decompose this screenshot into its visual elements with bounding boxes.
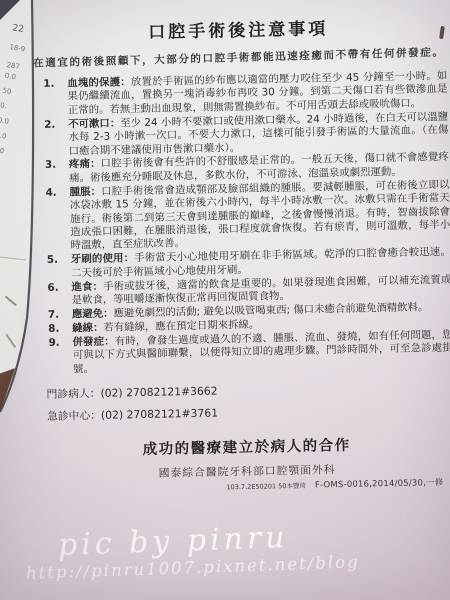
list-item: 9.併發症：有時，會發生過度或過久的不適、腫脹、流血、發燒，如有任何問題，您可與… <box>34 328 450 377</box>
footer-slogan: 成功的醫療建立於病人的合作 <box>36 432 450 461</box>
item-number: 5. <box>47 254 58 268</box>
item-lead: 腫脹： <box>69 186 101 199</box>
paper-fragment: 0.0 <box>0 131 28 145</box>
instruction-list: 1.血塊的保護：放置於手術區的紗布應以適當的壓力咬住至少 45 分鐘至一小時。如… <box>29 70 450 377</box>
item-number: 8. <box>48 322 59 336</box>
item-lead: 血塊的保護： <box>67 76 131 89</box>
form-print-code: 103.7.2E50201 50本豐琦 <box>226 481 306 492</box>
underlying-paper-rule <box>0 257 26 261</box>
paper-fragment: 0.0 <box>0 146 25 160</box>
item-lead: 應避免： <box>72 307 114 320</box>
underlying-paper-mark <box>5 296 17 306</box>
item-lead: 疼痛： <box>69 158 101 171</box>
item-text: 口腔手術後常會造成顎部及臉部組織的腫脹。要減輕腫脹，可在術後立即以冰袋冰敷 15… <box>70 179 450 252</box>
underlying-paper-mark <box>6 334 16 348</box>
contact-label: 門診病人： <box>46 387 100 401</box>
item-text: 若有縫線，應在預定日期來拆線。 <box>103 318 259 333</box>
item-text: 至少 24 小時不要漱口或使用漱口藥水。24 小時過後，在白天可以溫鹽水每 2-… <box>68 111 448 157</box>
paper-fragment: 0.0 <box>0 116 30 130</box>
document-subtitle: 在適宜的術後照顧下，大部分的口腔手術都能迅速痊癒而不帶有任何併發症。 <box>29 44 449 70</box>
item-number: 6. <box>47 281 58 295</box>
item-text: 有時，會發生過度或過久的不適、腫脹、流血、發燒，如有任何問題，您可與以下方式與醫… <box>73 328 450 374</box>
item-number: 2. <box>44 118 55 132</box>
contact-label: 急診中心： <box>47 409 101 423</box>
item-number: 4. <box>45 186 56 200</box>
photo-of-document: 22 18-9 287 0.0 50 0. 0.0 0.0 0.0 口腔手術後注… <box>0 0 450 600</box>
item-lead: 縫線： <box>72 322 103 335</box>
list-item: 4.腫脹：口腔手術後常會造成顎部及臉部組織的腫脹。要減輕腫脹，可在術後立即以冰袋… <box>31 179 450 254</box>
document-content: 口腔手術後注意事項 在適宜的術後照顧下，大部分的口腔手術都能迅速痊癒而不帶有任何… <box>28 12 450 496</box>
paper-fragment: 0. <box>0 101 32 115</box>
contact-numbers: 門診病人：(02) 27082121#3662 急診中心：(02) 270821… <box>35 376 450 428</box>
item-lead: 牙刷的使用： <box>71 252 135 265</box>
item-number: 7. <box>48 309 59 323</box>
item-lead: 進食： <box>71 280 103 293</box>
item-lead: 不可漱口： <box>68 117 120 130</box>
item-lead: 併發症： <box>72 335 114 348</box>
item-number: 3. <box>45 159 56 173</box>
contact-phone: (02) 27082121#3761 <box>101 406 218 421</box>
item-number: 9. <box>48 336 59 350</box>
item-number: 1. <box>43 78 54 92</box>
contact-phone: (02) 27082121#3662 <box>100 384 217 399</box>
